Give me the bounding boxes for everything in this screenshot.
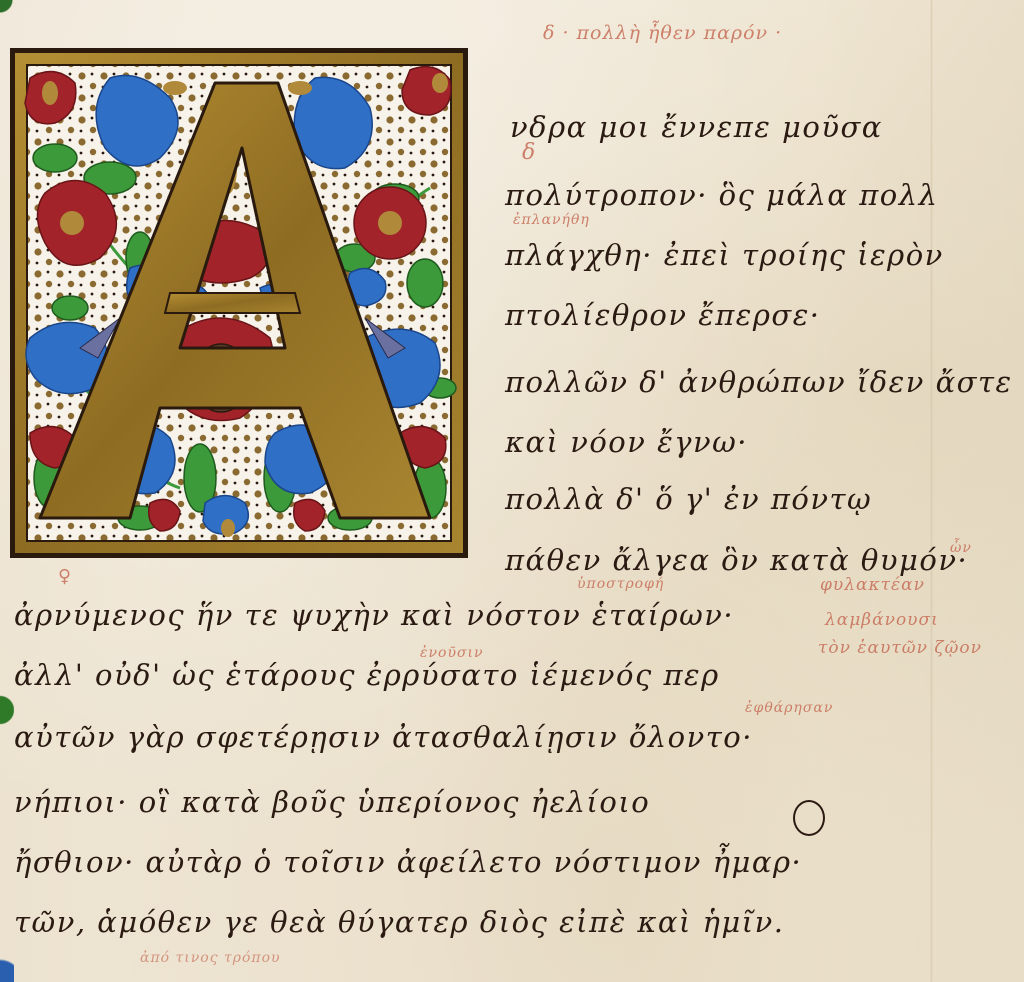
text-line-13: ἤσθιον· αὐτὰρ ὁ τοῖσιν ἀφείλετο νόστιμον…: [14, 845, 802, 879]
margin-note-line-1: ὧν: [950, 540, 972, 556]
text-line-11: αὐτῶν γὰρ σφετέρῃσιν ἀτασθαλίῃσιν ὄλοντο…: [14, 720, 753, 754]
gloss-delta: δ: [522, 140, 536, 165]
margin-note-line-2: φυλακτέαν: [820, 575, 925, 595]
text-line-12: νήπιοι· οἳ κατὰ βοῦς ὑπερίονος ἠελίοιο: [14, 785, 650, 819]
margin-note-line-3: λαμβάνουσι: [825, 610, 939, 630]
rubric-mark-1: ♀: [58, 566, 72, 587]
initial-a-illustration: [10, 48, 468, 558]
gloss-apo-tinos-tropou: ἀπό τινος τρόπου: [140, 950, 281, 966]
circle-mark-icon: [793, 800, 825, 836]
gloss-hypostrophe: ὑποστροφή: [577, 576, 664, 592]
margin-ornament-blue: [0, 950, 14, 982]
text-line-9: ἀρνύμενος ἥν τε ψυχὴν καὶ νόστον ἑταίρων…: [14, 598, 734, 632]
header-gloss: δ · πολλὴ ἦθεν παρόν ·: [543, 22, 782, 44]
text-line-7: πολλὰ δ' ὅ γ' ἐν πόντῳ: [505, 482, 872, 516]
text-line-8: πάθεν ἄλγεα ὃν κατὰ θυμόν·: [505, 543, 968, 577]
margin-ornament-top: [0, 0, 14, 14]
page-fold-shadow: [930, 0, 933, 982]
text-line-1: νδρα μοι ἔννεπε μοῦσα: [510, 110, 883, 144]
gloss-ephtharesan: ἐφθάρησαν: [745, 700, 833, 716]
illuminated-initial-a: [10, 48, 468, 558]
text-line-5: πολλῶν δ' ἀνθρώπων ἴδεν ἄστε: [505, 365, 1013, 399]
text-line-3: πλάγχθη· ἐπεὶ τροίης ἱερὸν: [505, 238, 944, 272]
text-line-14: τῶν, ἁμόθεν γε θεὰ θύγατερ διὸς εἰπὲ καὶ…: [14, 905, 784, 939]
margin-note-line-4: τὸν ἑαυτῶν ζῷον: [818, 638, 982, 658]
gloss-eplanethe: ἐπλανήθη: [513, 212, 590, 228]
text-line-2: πολύτροπον· ὃς μάλα πολλ: [505, 178, 938, 212]
gloss-enousin: ἐνοῦσιν: [420, 645, 484, 661]
margin-ornament-green: [0, 690, 14, 730]
text-line-6: καὶ νόον ἔγνω·: [505, 425, 748, 459]
text-line-4: πτολίεθρον ἔπερσε·: [505, 298, 821, 332]
manuscript-page: δ · πολλὴ ἦθεν παρόν · νδρα μοι ἔννεπε μ…: [0, 0, 1024, 982]
text-line-10: ἀλλ' οὐδ' ὡς ἑτάρους ἐρρύσατο ἱέμενός πε…: [14, 658, 720, 692]
